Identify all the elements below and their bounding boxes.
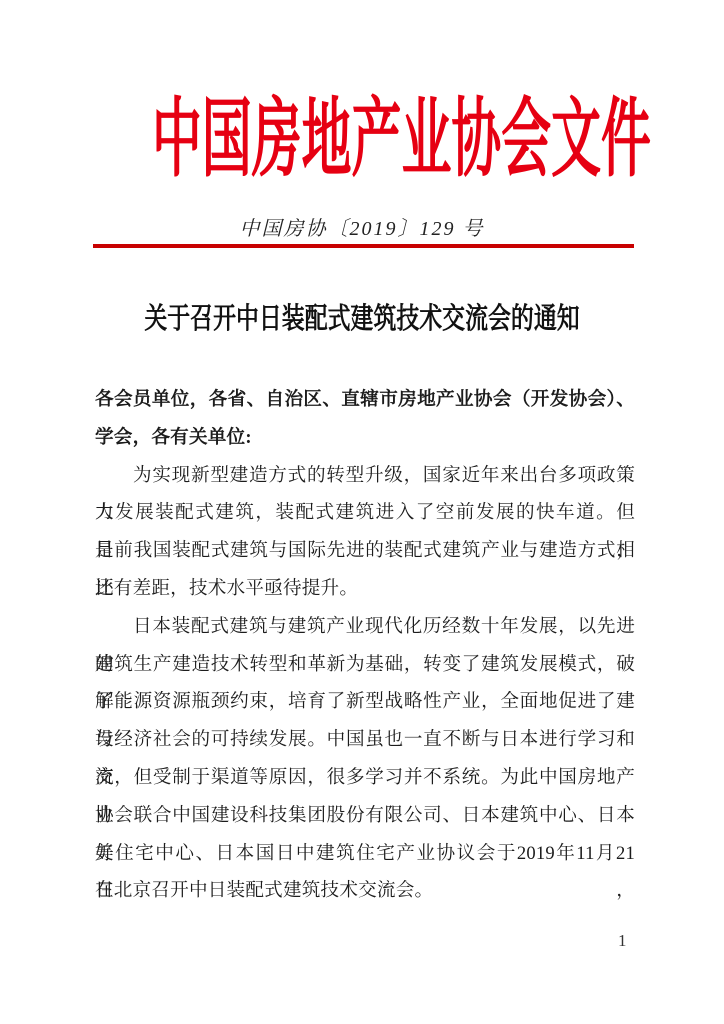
document-header-title: 中国房地产业协会文件 <box>152 94 572 184</box>
body-line: 学会，各有关单位: <box>95 419 635 457</box>
body-block: 为实现新型建造方式的转型升级，国家近年来出台多项政策大力发展装配式建筑，装配式建… <box>95 457 635 608</box>
body-line: 好住宅中心、日本国日中建筑住宅产业协议会于2019年11月21日， <box>95 835 635 873</box>
body-line: 日本装配式建筑与建筑产业现代化历经数十年发展，以先进的 <box>95 608 635 646</box>
body-line: 协会联合中国建设科技集团股份有限公司、日本建筑中心、日本美 <box>95 797 635 835</box>
body-line: 了能源资源瓶颈约束，培育了新型战略性产业，全面地促进了建设 <box>95 683 635 721</box>
body-block: 各会员单位，各省、自治区、直辖市房地产业协会（开发协会）、学会，各有关单位: <box>95 381 635 457</box>
document-body: 各会员单位，各省、自治区、直辖市房地产业协会（开发协会）、学会，各有关单位:为实… <box>95 381 635 910</box>
body-line: 各会员单位，各省、自治区、直辖市房地产业协会（开发协会）、 <box>95 381 635 419</box>
body-line: 为实现新型建造方式的转型升级，国家近年来出台多项政策大 <box>95 457 635 495</box>
red-divider-line <box>93 244 634 248</box>
body-line: 目前我国装配式建筑与国际先进的装配式建筑产业与建造方式相比 <box>95 532 635 570</box>
body-line: 流，但受制于渠道等原因，很多学习并不系统。为此中国房地产业 <box>95 759 635 797</box>
document-number: 中国房协〔2019〕129 号 <box>0 212 724 241</box>
body-line: 建筑生产建造技术转型和革新为基础，转变了建筑发展模式，破解 <box>95 646 635 684</box>
notice-title: 关于召开中日装配式建筑技术交流会的通知 <box>76 300 648 339</box>
document-page: 中国房地产业协会文件 中国房协〔2019〕129 号 关于召开中日装配式建筑技术… <box>0 0 724 1024</box>
body-line: 与经济社会的可持续发展。中国虽也一直不断与日本进行学习和交 <box>95 721 635 759</box>
body-block: 日本装配式建筑与建筑产业现代化历经数十年发展，以先进的建筑生产建造技术转型和革新… <box>95 608 635 910</box>
body-line: 力发展装配式建筑，装配式建筑进入了空前发展的快车道。但是， <box>95 494 635 532</box>
page-number: 1 <box>618 931 627 951</box>
body-line: 还有差距，技术水平亟待提升。 <box>95 570 635 608</box>
